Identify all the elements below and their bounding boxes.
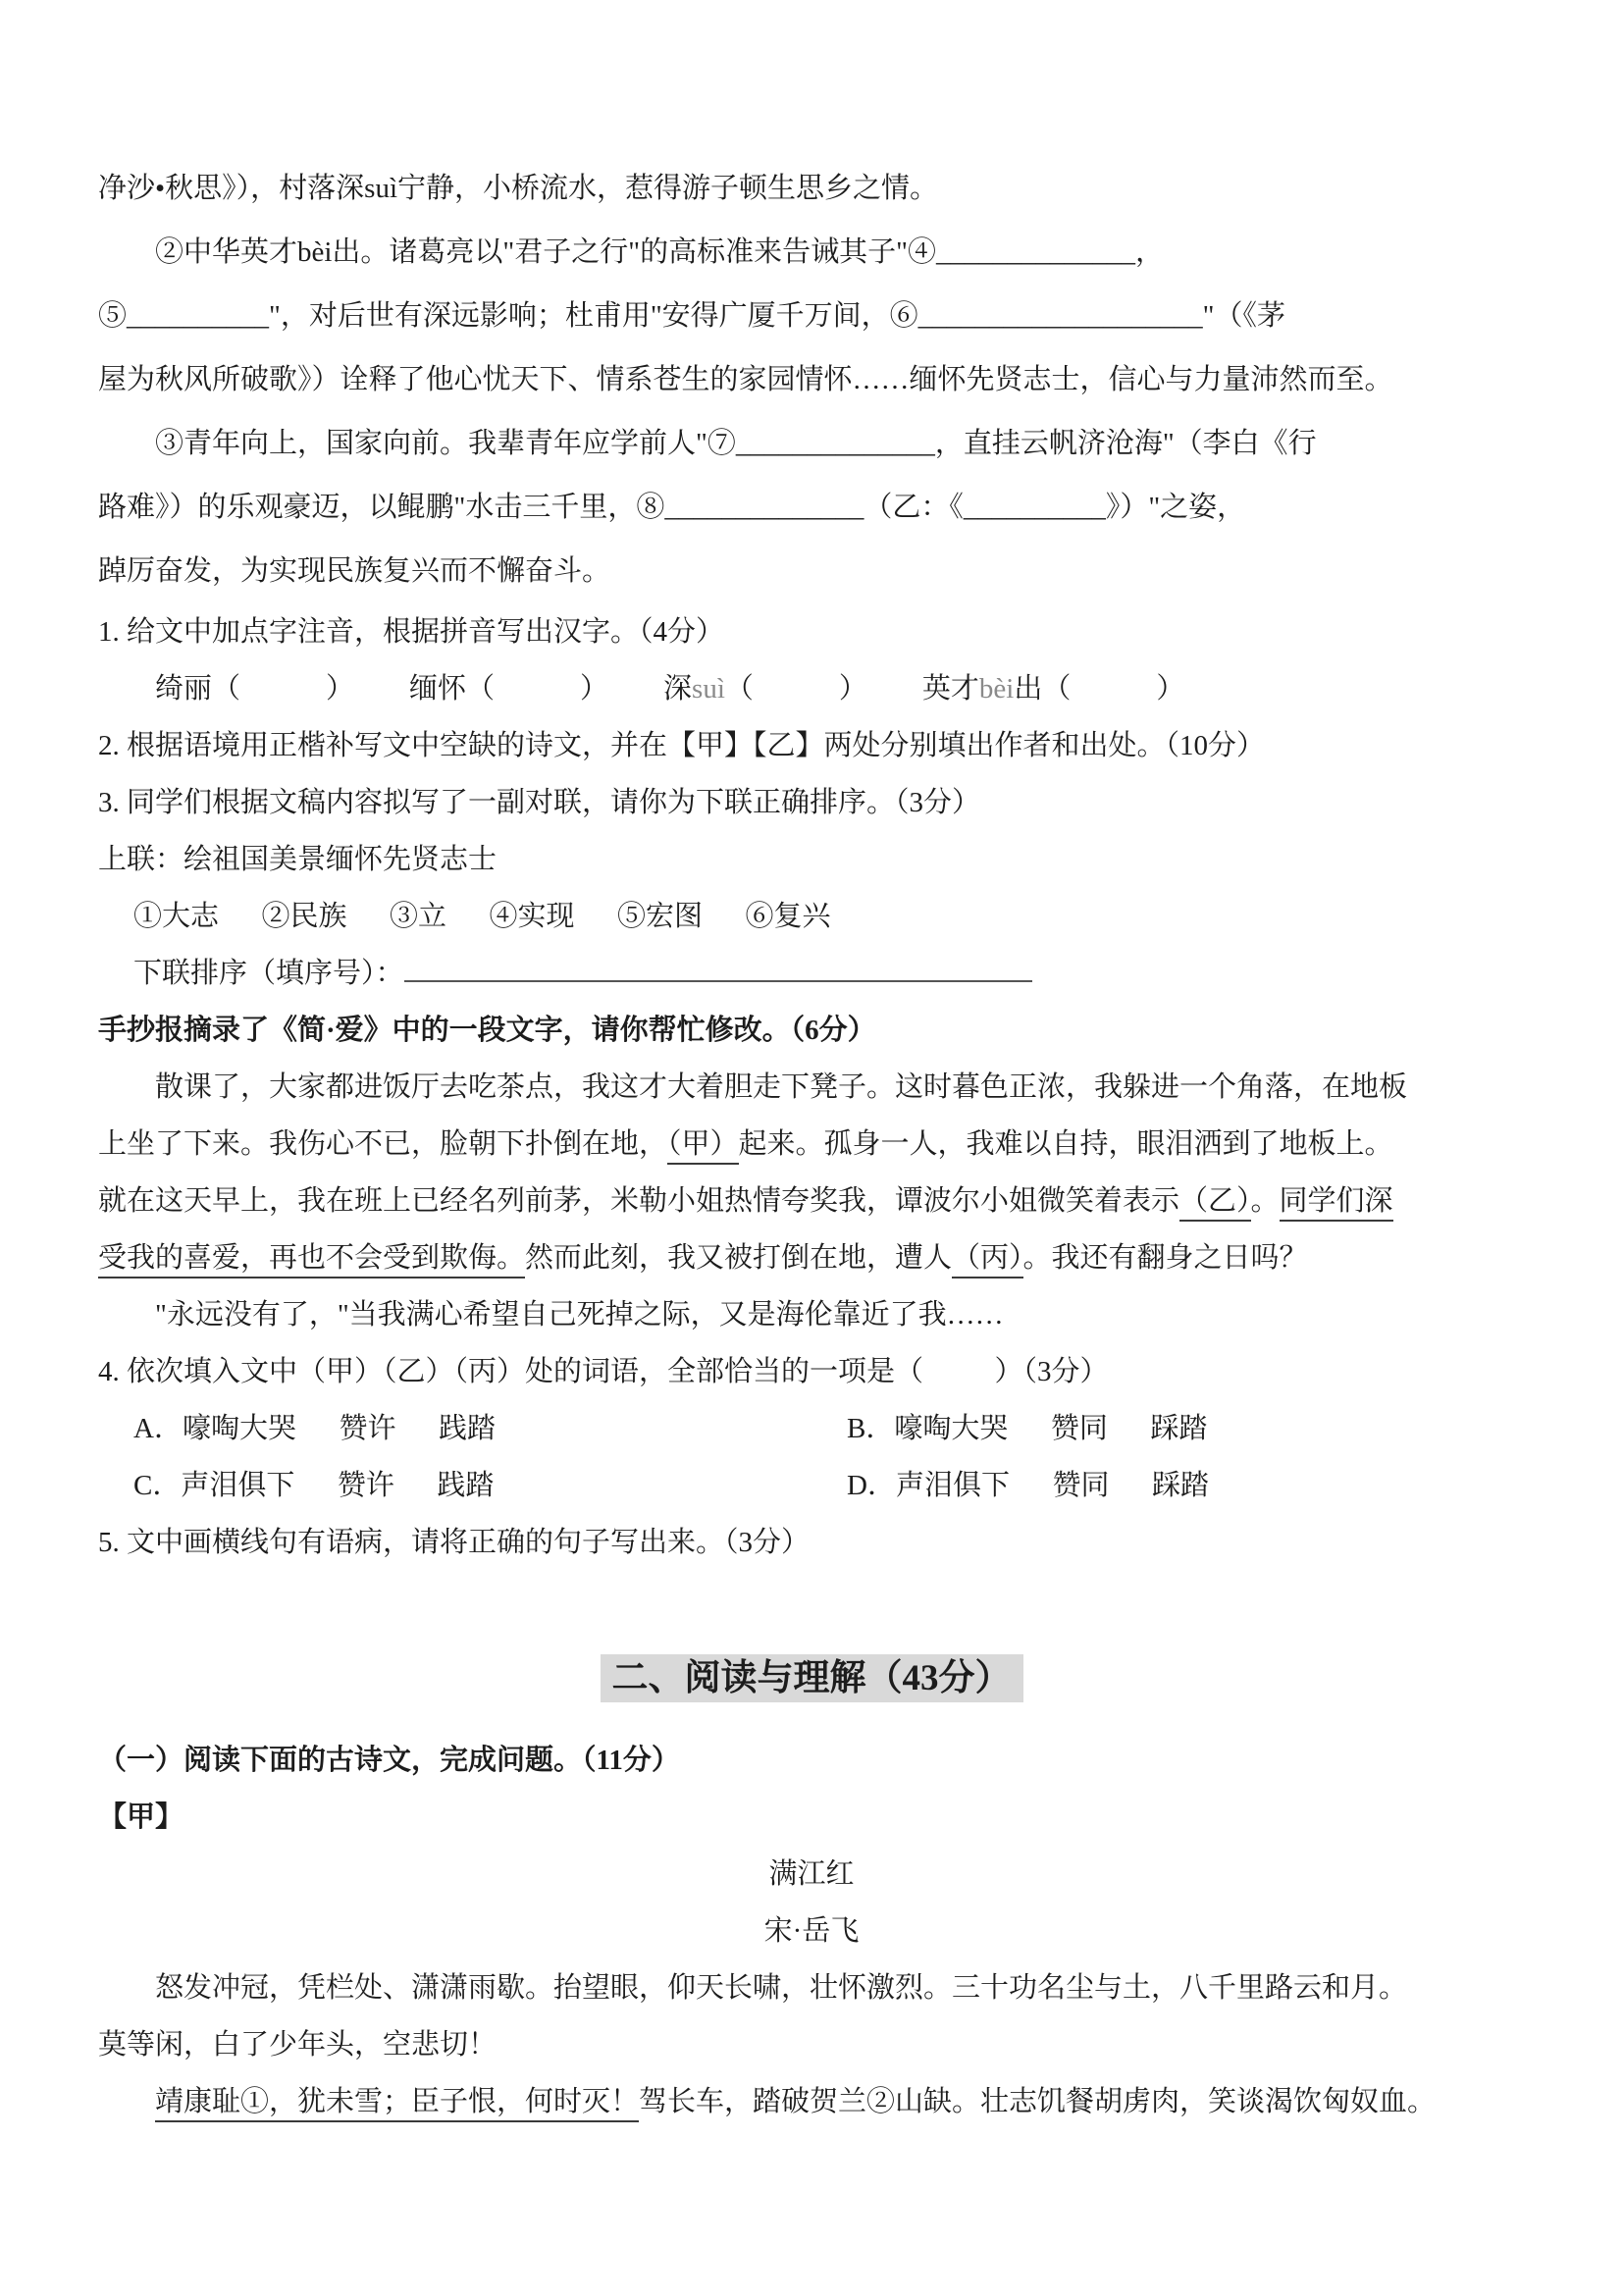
revision-line-4-text: 然而此刻，我又被打倒在地，遭人 [525, 1242, 952, 1274]
revision-line-3-text: 就在这天早上，我在班上已经名列前茅，米勒小姐热情夸奖我，谭波尔小姐微笑着表示 [98, 1185, 1179, 1217]
intro-line-5: ③青年向上，国家向前。我辈青年应学前人"⑦______________，直挂云帆… [98, 412, 1525, 476]
intro-line-7: 踔厉奋发，为实现民族复兴而不懈奋斗。 [98, 540, 1525, 603]
intro-line-4: 屋为秋风所破歌》）诠释了他心忧天下、情系苍生的家园情怀……缅怀先贤志士，信心与力… [98, 348, 1525, 412]
couplet-answer-line: 下联排序（填序号）： [98, 945, 1525, 1002]
question-1: 1. 给文中加点字注音，根据拼音写出汉字。（4分） [98, 603, 1525, 660]
revision-passage: 散课了，大家都进饭厅去吃茶点，我这才大着胆走下凳子。这时暮色正浓，我躲进一个角落… [98, 1059, 1525, 1343]
error-sentence-end-underlined: 受我的喜爱，再也不会受到欺侮。 [98, 1242, 525, 1278]
option-c: C．声泪俱下 赞许 践踏 [98, 1457, 811, 1514]
revision-line-1: 散课了，大家都进饭厅去吃茶点，我这才大着胆走下凳子。这时暮色正浓，我躲进一个角落… [98, 1059, 1525, 1116]
intro-line-6: 路难》）的乐观豪迈，以鲲鹏"水击三千里，⑧______________（乙：《_… [98, 476, 1525, 540]
q1-pinyin-bei: bèi [979, 673, 1014, 704]
poem-title: 满江红 [98, 1846, 1525, 1903]
intro-line-2: ②中华英才bèi出。诸葛亮以"君子之行"的高标准来告诫其子"④_________… [98, 221, 1525, 285]
question-3: 3. 同学们根据文稿内容拟写了一副对联，请你为下联正确排序。（3分） [98, 774, 1525, 831]
couplet-word-options: ①大志 ②民族 ③立 ④实现 ⑤宏图 ⑥复兴 [98, 888, 1525, 945]
revision-line-2: 上坐了下来。我伤心不已，脸朝下扑倒在地，（甲）起来。孤身一人，我难以自持，眼泪洒… [98, 1116, 1525, 1173]
q1-item-shen-paren: （ ） [725, 673, 867, 704]
poem-line-2: 莫等闲，白了少年头，空悲切！ [98, 2016, 1525, 2073]
question-1-items: 绮丽（ ）缅怀（ ）深suì（ ）英才bèi出（ ） [98, 660, 1525, 717]
q1-item-mianhuai: 缅怀（ ） [409, 673, 608, 704]
poem-author: 宋·岳飞 [98, 1903, 1525, 1959]
passage-jia-label: 【甲】 [98, 1789, 1525, 1846]
revision-line-4: 受我的喜爱，再也不会受到欺侮。然而此刻，我又被打倒在地，遭人（丙）。我还有翻身之… [98, 1229, 1525, 1286]
poem-line-3-underlined: 靖康耻①，犹未雪；臣子恨，何时灭！ [155, 2086, 639, 2122]
poem-line-3: 靖康耻①，犹未雪；臣子恨，何时灭！驾长车，踏破贺兰②山缺。壮志饥餐胡虏肉，笑谈渴… [98, 2073, 1525, 2130]
question-4-options-row-1: A．嚎啕大哭 赞许 践踏 B．嚎啕大哭 赞同 踩踏 [98, 1400, 1525, 1457]
poem-line-3-rest: 驾长车，踏破贺兰②山缺。壮志饥餐胡虏肉，笑谈渴饮匈奴血。 [639, 2086, 1436, 2117]
question-2: 2. 根据语境用正楷补写文中空缺的诗文，并在【甲】【乙】两处分别填出作者和出处。… [98, 717, 1525, 774]
subsection-1-heading: （一）阅读下面的古诗文，完成问题。（11分） [98, 1732, 1525, 1789]
answer-blank-line [404, 951, 1032, 982]
revision-line-3-period: 。 [1251, 1185, 1280, 1217]
revision-line-5: "永远没有了，"当我满心希望自己死掉之际，又是海伦靠近了我…… [98, 1286, 1525, 1343]
couplet-first-line: 上联：绘祖国美景缅怀先贤志士 [98, 831, 1525, 888]
option-a: A．嚎啕大哭 赞许 践踏 [98, 1400, 811, 1457]
question-5: 5. 文中画横线句有语病，请将正确的句子写出来。（3分） [98, 1514, 1525, 1571]
option-b: B．嚎啕大哭 赞同 踩踏 [811, 1400, 1525, 1457]
q1-pinyin-sui: suì [692, 673, 725, 704]
revision-line-2-text: 上坐了下来。我伤心不已，脸朝下扑倒在地， [98, 1128, 667, 1160]
intro-line-3: ⑤__________"，对后世有深远影响；杜甫用"安得广厦千万间，⑥_____… [98, 285, 1525, 348]
poem-line-1: 怒发冲冠，凭栏处、潇潇雨歇。抬望眼，仰天长啸，壮怀激烈。三十功名尘与土，八千里路… [98, 1959, 1525, 2016]
q1-item-yingcai: 英才 [922, 673, 979, 704]
revision-line-3: 就在这天早上，我在班上已经名列前茅，米勒小姐热情夸奖我，谭波尔小姐微笑着表示（乙… [98, 1173, 1525, 1229]
couplet-answer-label: 下联排序（填序号）： [133, 958, 404, 989]
blank-yi-underlined: （乙） [1179, 1185, 1251, 1222]
error-sentence-start-underlined: 同学们深 [1280, 1185, 1393, 1222]
section-2-heading-highlight: 二、阅读与理解（43分） [601, 1654, 1023, 1702]
revision-line-2-tail: 起来。孤身一人，我难以自持，眼泪洒到了地板上。 [739, 1128, 1393, 1160]
question-4: 4. 依次填入文中（甲）（乙）（丙）处的词语，全部恰当的一项是（ ）（3分） [98, 1343, 1525, 1400]
option-d: D．声泪俱下 赞同 踩踏 [811, 1457, 1525, 1514]
intro-line-1: 净沙•秋思》），村落深suì宁静，小桥流水，惹得游子顿生思乡之情。 [98, 157, 1525, 221]
blank-jia-underlined: （甲） [667, 1128, 739, 1165]
intro-passage: 净沙•秋思》），村落深suì宁静，小桥流水，惹得游子顿生思乡之情。 ②中华英才b… [98, 157, 1525, 603]
revision-line-4-tail: 。我还有翻身之日吗？ [1023, 1242, 1308, 1274]
q1-item-chu-paren: 出（ ） [1014, 673, 1184, 704]
q1-item-shen: 深 [663, 673, 692, 704]
exam-page: 净沙•秋思》），村落深suì宁静，小桥流水，惹得游子顿生思乡之情。 ②中华英才b… [0, 0, 1623, 2296]
blank-bing-underlined: （丙） [952, 1242, 1023, 1278]
section-2-heading: 二、阅读与理解（43分） [98, 1651, 1525, 1706]
question-4-options-row-2: C．声泪俱下 赞许 践踏 D．声泪俱下 赞同 踩踏 [98, 1457, 1525, 1514]
q1-item-qili: 绮丽（ ） [155, 673, 354, 704]
revision-heading: 手抄报摘录了《简·爱》中的一段文字，请你帮忙修改。（6分） [98, 1002, 1525, 1059]
